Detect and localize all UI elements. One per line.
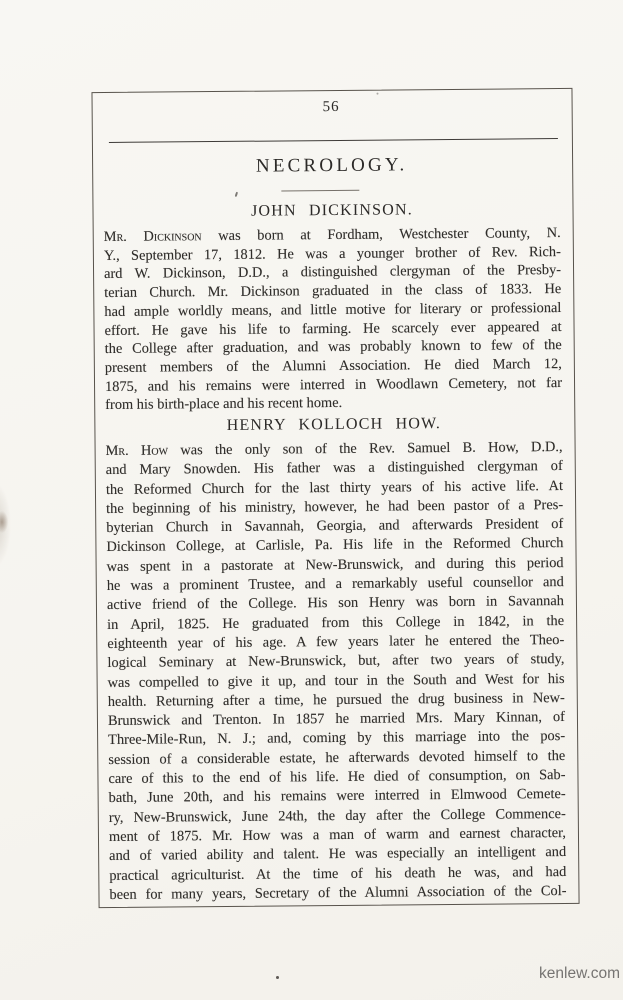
small-caps-name: Mr. Dickinson xyxy=(104,228,202,245)
scan-speck xyxy=(376,93,378,95)
small-caps-name: Mr. How xyxy=(106,442,169,459)
printed-page-area: 56 NECROLOGY. JOHN DICKINSON. Mr. Dickin… xyxy=(0,0,623,1000)
line-text: was the only son of the Rev. Samuel B. H… xyxy=(168,439,563,458)
line-text: was born at Fordham, Westchester County,… xyxy=(202,225,561,244)
scan-speck xyxy=(276,976,279,979)
text-line: been for many years, Secretary of the Al… xyxy=(109,882,566,905)
text-line: from his birth-place and his recent home… xyxy=(105,392,562,415)
section-title: NECROLOGY. xyxy=(92,153,571,179)
watermark: kenlew.com xyxy=(539,965,620,983)
scanned-book-page: 56 NECROLOGY. JOHN DICKINSON. Mr. Dickin… xyxy=(0,0,623,1000)
obituary-paragraph-dickinson: Mr. Dickinson was born at Fordham, Westc… xyxy=(104,224,563,415)
obituary-paragraph-how: Mr. How was the only son of the Rev. Sam… xyxy=(106,438,567,905)
